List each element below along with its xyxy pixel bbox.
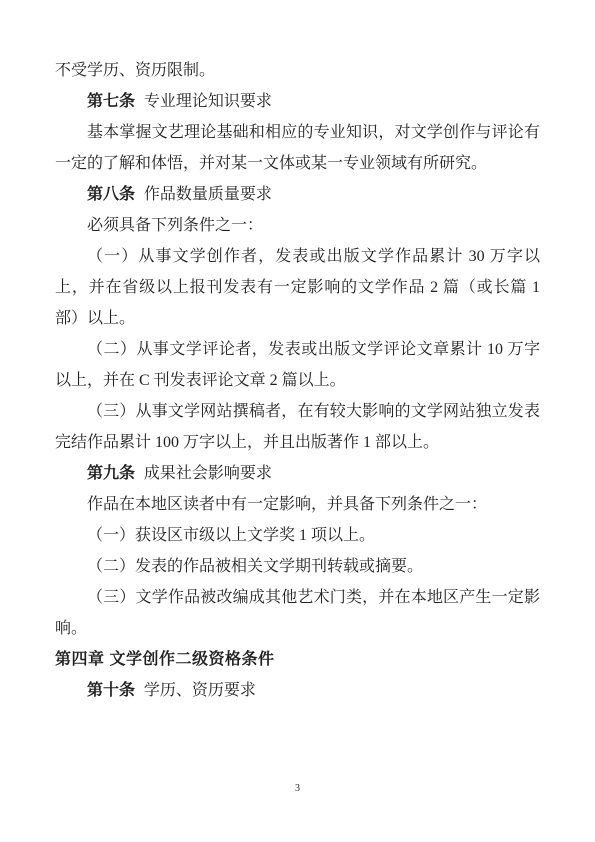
article-8-title: 作品数量质量要求 xyxy=(144,186,272,203)
article-7-number: 第七条 xyxy=(87,93,135,110)
paragraph-continuation: 不受学历、资历限制。 xyxy=(55,55,540,86)
article-9-heading: 第九条成果社会影响要求 xyxy=(55,458,540,489)
article-10-heading: 第十条学历、资历要求 xyxy=(55,675,540,706)
article-9-title: 成果社会影响要求 xyxy=(144,465,272,482)
list-item-2: （二）从事文学评论者，发表或出版文学评论文章累计 10 万字以上，并在 C 刊发… xyxy=(55,334,540,396)
article-10-number: 第十条 xyxy=(87,682,135,699)
page-number: 3 xyxy=(0,783,595,795)
list-item-3: （三）从事文学网站撰稿者，在有较大影响的文学网站独立发表完结作品累计 100 万… xyxy=(55,396,540,458)
document-content: 不受学历、资历限制。 第七条专业理论知识要求 基本掌握文艺理论基础和相应的专业知… xyxy=(0,0,595,706)
paragraph-body: 作品在本地区读者中有一定影响，并具备下列条件之一： xyxy=(55,489,540,520)
article-7-heading: 第七条专业理论知识要求 xyxy=(55,86,540,117)
chapter-heading: 第四章 文学创作二级资格条件 xyxy=(55,644,540,675)
article-8-heading: 第八条作品数量质量要求 xyxy=(55,179,540,210)
paragraph-body: 基本掌握文艺理论基础和相应的专业知识，对文学创作与评论有一定的了解和体悟，并对某… xyxy=(55,117,540,179)
document-page: 不受学历、资历限制。 第七条专业理论知识要求 基本掌握文艺理论基础和相应的专业知… xyxy=(0,0,595,842)
list-item-1: （一）获设区市级以上文学奖 1 项以上。 xyxy=(55,520,540,551)
article-7-title: 专业理论知识要求 xyxy=(144,93,272,110)
paragraph-body: 必须具备下列条件之一： xyxy=(55,210,540,241)
list-item-2: （二）发表的作品被相关文学期刊转载或摘要。 xyxy=(55,551,540,582)
article-9-number: 第九条 xyxy=(87,465,135,482)
article-8-number: 第八条 xyxy=(87,186,135,203)
list-item-3: （三）文学作品被改编成其他艺术门类，并在本地区产生一定影响。 xyxy=(55,582,540,644)
article-10-title: 学历、资历要求 xyxy=(144,682,256,699)
list-item-1: （一）从事文学创作者，发表或出版文学作品累计 30 万字以上，并在省级以上报刊发… xyxy=(55,241,540,334)
